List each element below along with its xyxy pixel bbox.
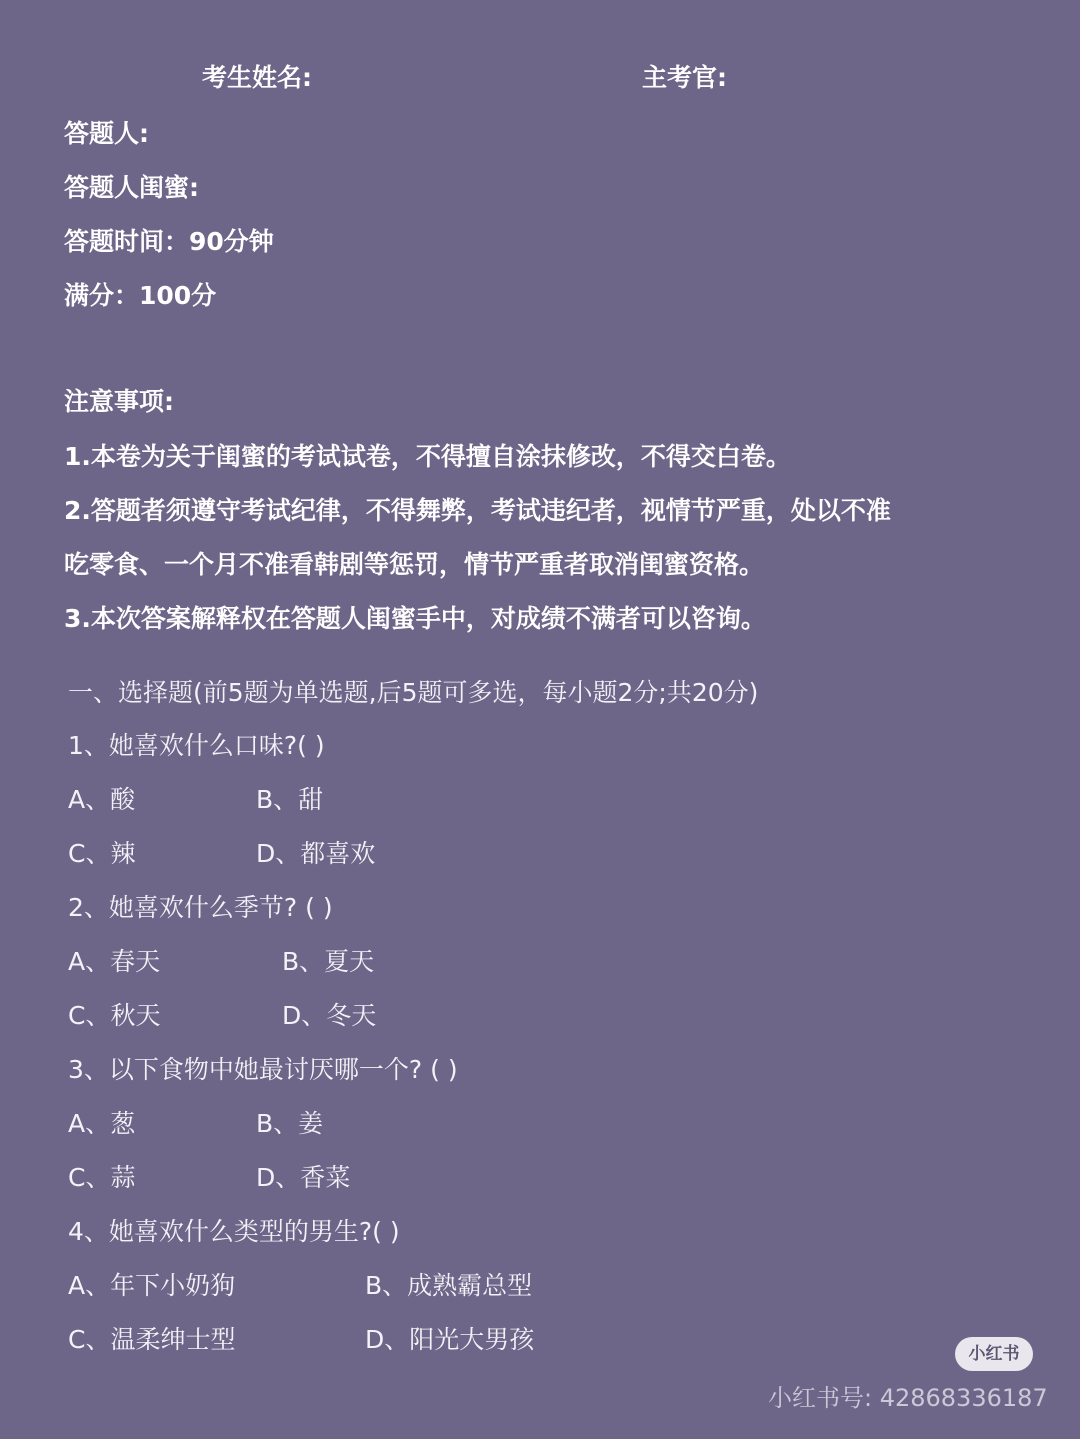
xiaohongshu-logo-badge: 小红书 bbox=[955, 1337, 1033, 1371]
q1-option-c: C、辣 bbox=[68, 834, 135, 870]
watermark-id: 小红书号: 42868336187 bbox=[768, 1378, 1048, 1413]
q2-option-d: D、冬天 bbox=[282, 996, 376, 1032]
q4-option-c: C、温柔绅士型 bbox=[68, 1320, 235, 1356]
q3-option-b: B、姜 bbox=[256, 1104, 323, 1140]
question-3: 3、以下食物中她最讨厌哪一个? ( ) bbox=[68, 1050, 458, 1086]
answerer-label: 答题人: bbox=[64, 114, 149, 150]
section-title: 一、选择题(前5题为单选题,后5题可多选，每小题2分;共20分) bbox=[68, 673, 758, 709]
exam-time: 答题时间：90分钟 bbox=[64, 222, 274, 258]
notice-line: 2.答题者须遵守考试纪律，不得舞弊，考试违纪者，视情节严重，处以不准 bbox=[64, 491, 891, 527]
q2-option-a: A、春天 bbox=[68, 942, 160, 978]
notice-line: 1.本卷为关于闺蜜的考试试卷，不得擅自涂抹修改，不得交白卷。 bbox=[64, 437, 791, 473]
q1-option-b: B、甜 bbox=[256, 780, 323, 816]
q4-option-a: A、年下小奶狗 bbox=[68, 1266, 235, 1302]
q2-option-c: C、秋天 bbox=[68, 996, 160, 1032]
notice-line: 吃零食、一个月不准看韩剧等惩罚，情节严重者取消闺蜜资格。 bbox=[64, 545, 764, 581]
q4-option-d: D、阳光大男孩 bbox=[365, 1320, 534, 1356]
question-2: 2、她喜欢什么季节? ( ) bbox=[68, 888, 333, 924]
question-1: 1、她喜欢什么口味?( ) bbox=[68, 726, 325, 762]
q3-option-c: C、蒜 bbox=[68, 1158, 135, 1194]
q2-option-b: B、夏天 bbox=[282, 942, 374, 978]
q1-option-a: A、酸 bbox=[68, 780, 135, 816]
examiner-label: 主考官: bbox=[642, 58, 727, 94]
notice-line: 3.本次答案解释权在答题人闺蜜手中，对成绩不满者可以咨询。 bbox=[64, 599, 766, 635]
question-4: 4、她喜欢什么类型的男生?( ) bbox=[68, 1212, 400, 1248]
examinee-name-label: 考生姓名: bbox=[202, 58, 312, 94]
answerer-bestie-label: 答题人闺蜜: bbox=[64, 168, 199, 204]
q3-option-a: A、葱 bbox=[68, 1104, 135, 1140]
q3-option-d: D、香菜 bbox=[256, 1158, 350, 1194]
notice-title: 注意事项: bbox=[64, 382, 174, 418]
q1-option-d: D、都喜欢 bbox=[256, 834, 375, 870]
full-score: 满分：100分 bbox=[64, 276, 216, 312]
q4-option-b: B、成熟霸总型 bbox=[365, 1266, 532, 1302]
